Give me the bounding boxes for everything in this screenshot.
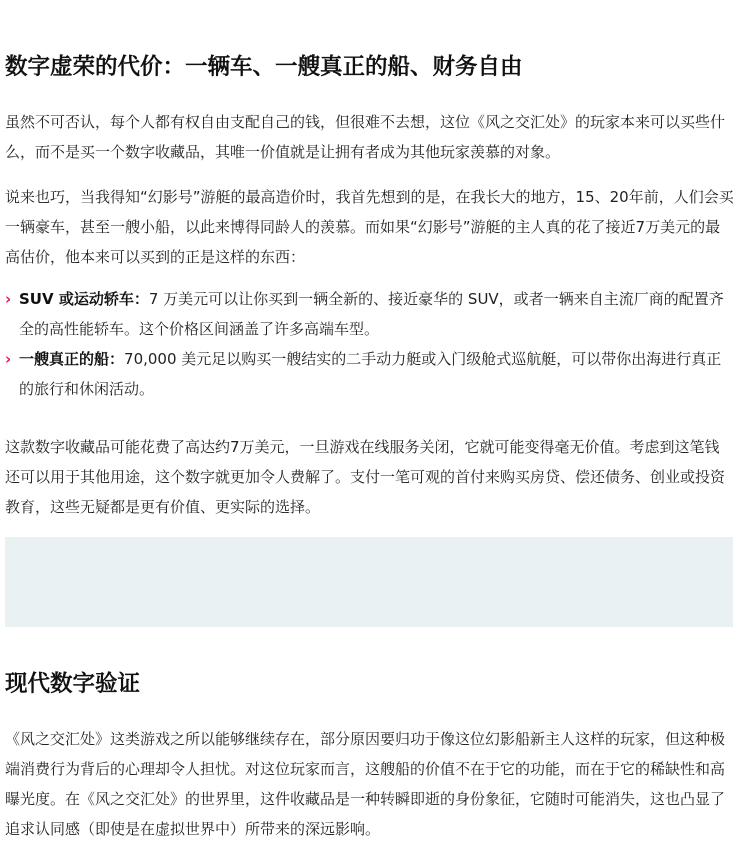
paragraph-worthless-collectible: 这款数字收藏品可能花费了高达约7万美元，一旦游戏在线服务关闭，它就可能变得毫无价… xyxy=(5,432,733,522)
chevron-right-icon: › xyxy=(5,344,11,374)
list-item-separator: ： xyxy=(109,350,124,368)
list-item-title: SUV 或运动轿车 xyxy=(19,290,134,308)
chevron-right-icon: › xyxy=(5,284,11,314)
alternatives-list: › SUV 或运动轿车：7 万美元可以让你买到一辆全新的、接近豪华的 SUV，或… xyxy=(5,284,735,404)
paragraph-phantom-yacht: 说来也巧，当我得知“幻影号”游艇的最高造价时，我首先想到的是，在我长大的地方，1… xyxy=(5,182,735,272)
list-item-title: 一艘真正的船 xyxy=(19,350,109,368)
list-item-text: 70,000 美元足以购买一艘结实的二手动力艇或入门级舱式巡航艇，可以带你出海进… xyxy=(19,350,721,398)
ad-placeholder xyxy=(5,537,733,627)
section-heading-modern-validation: 现代数字验证 xyxy=(5,668,140,700)
list-item-separator: ： xyxy=(134,290,149,308)
list-item-suv: › SUV 或运动轿车：7 万美元可以让你买到一辆全新的、接近豪华的 SUV，或… xyxy=(5,284,735,344)
paragraph-validation: 《风之交汇处》这类游戏之所以能够继续存在，部分原因要归功于像这位幻影船新主人这样… xyxy=(5,724,733,843)
section-heading-cost-of-vanity: 数字虚荣的代价：一辆车、一艘真正的船、财务自由 xyxy=(5,51,523,83)
list-item-boat: › 一艘真正的船：70,000 美元足以购买一艘结实的二手动力艇或入门级舱式巡航… xyxy=(5,344,735,404)
paragraph-intro: 虽然不可否认，每个人都有权自由支配自己的钱，但很难不去想，这位《风之交汇处》的玩… xyxy=(5,107,733,167)
